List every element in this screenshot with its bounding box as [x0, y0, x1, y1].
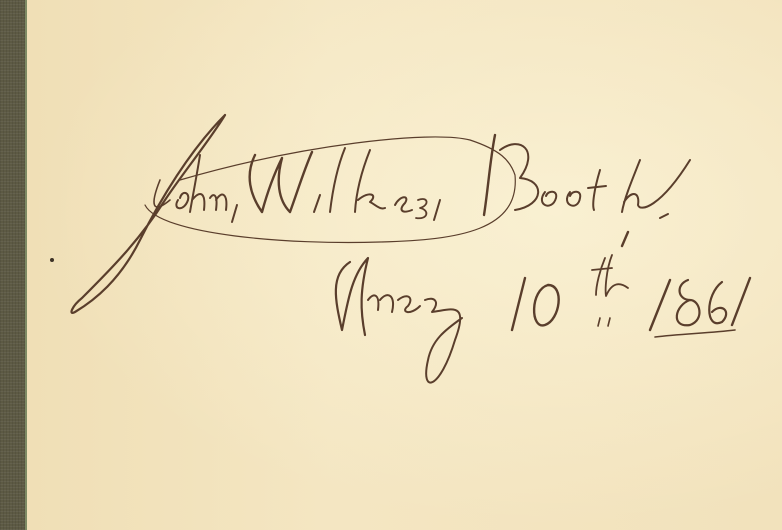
- handwriting-signature: [0, 0, 782, 530]
